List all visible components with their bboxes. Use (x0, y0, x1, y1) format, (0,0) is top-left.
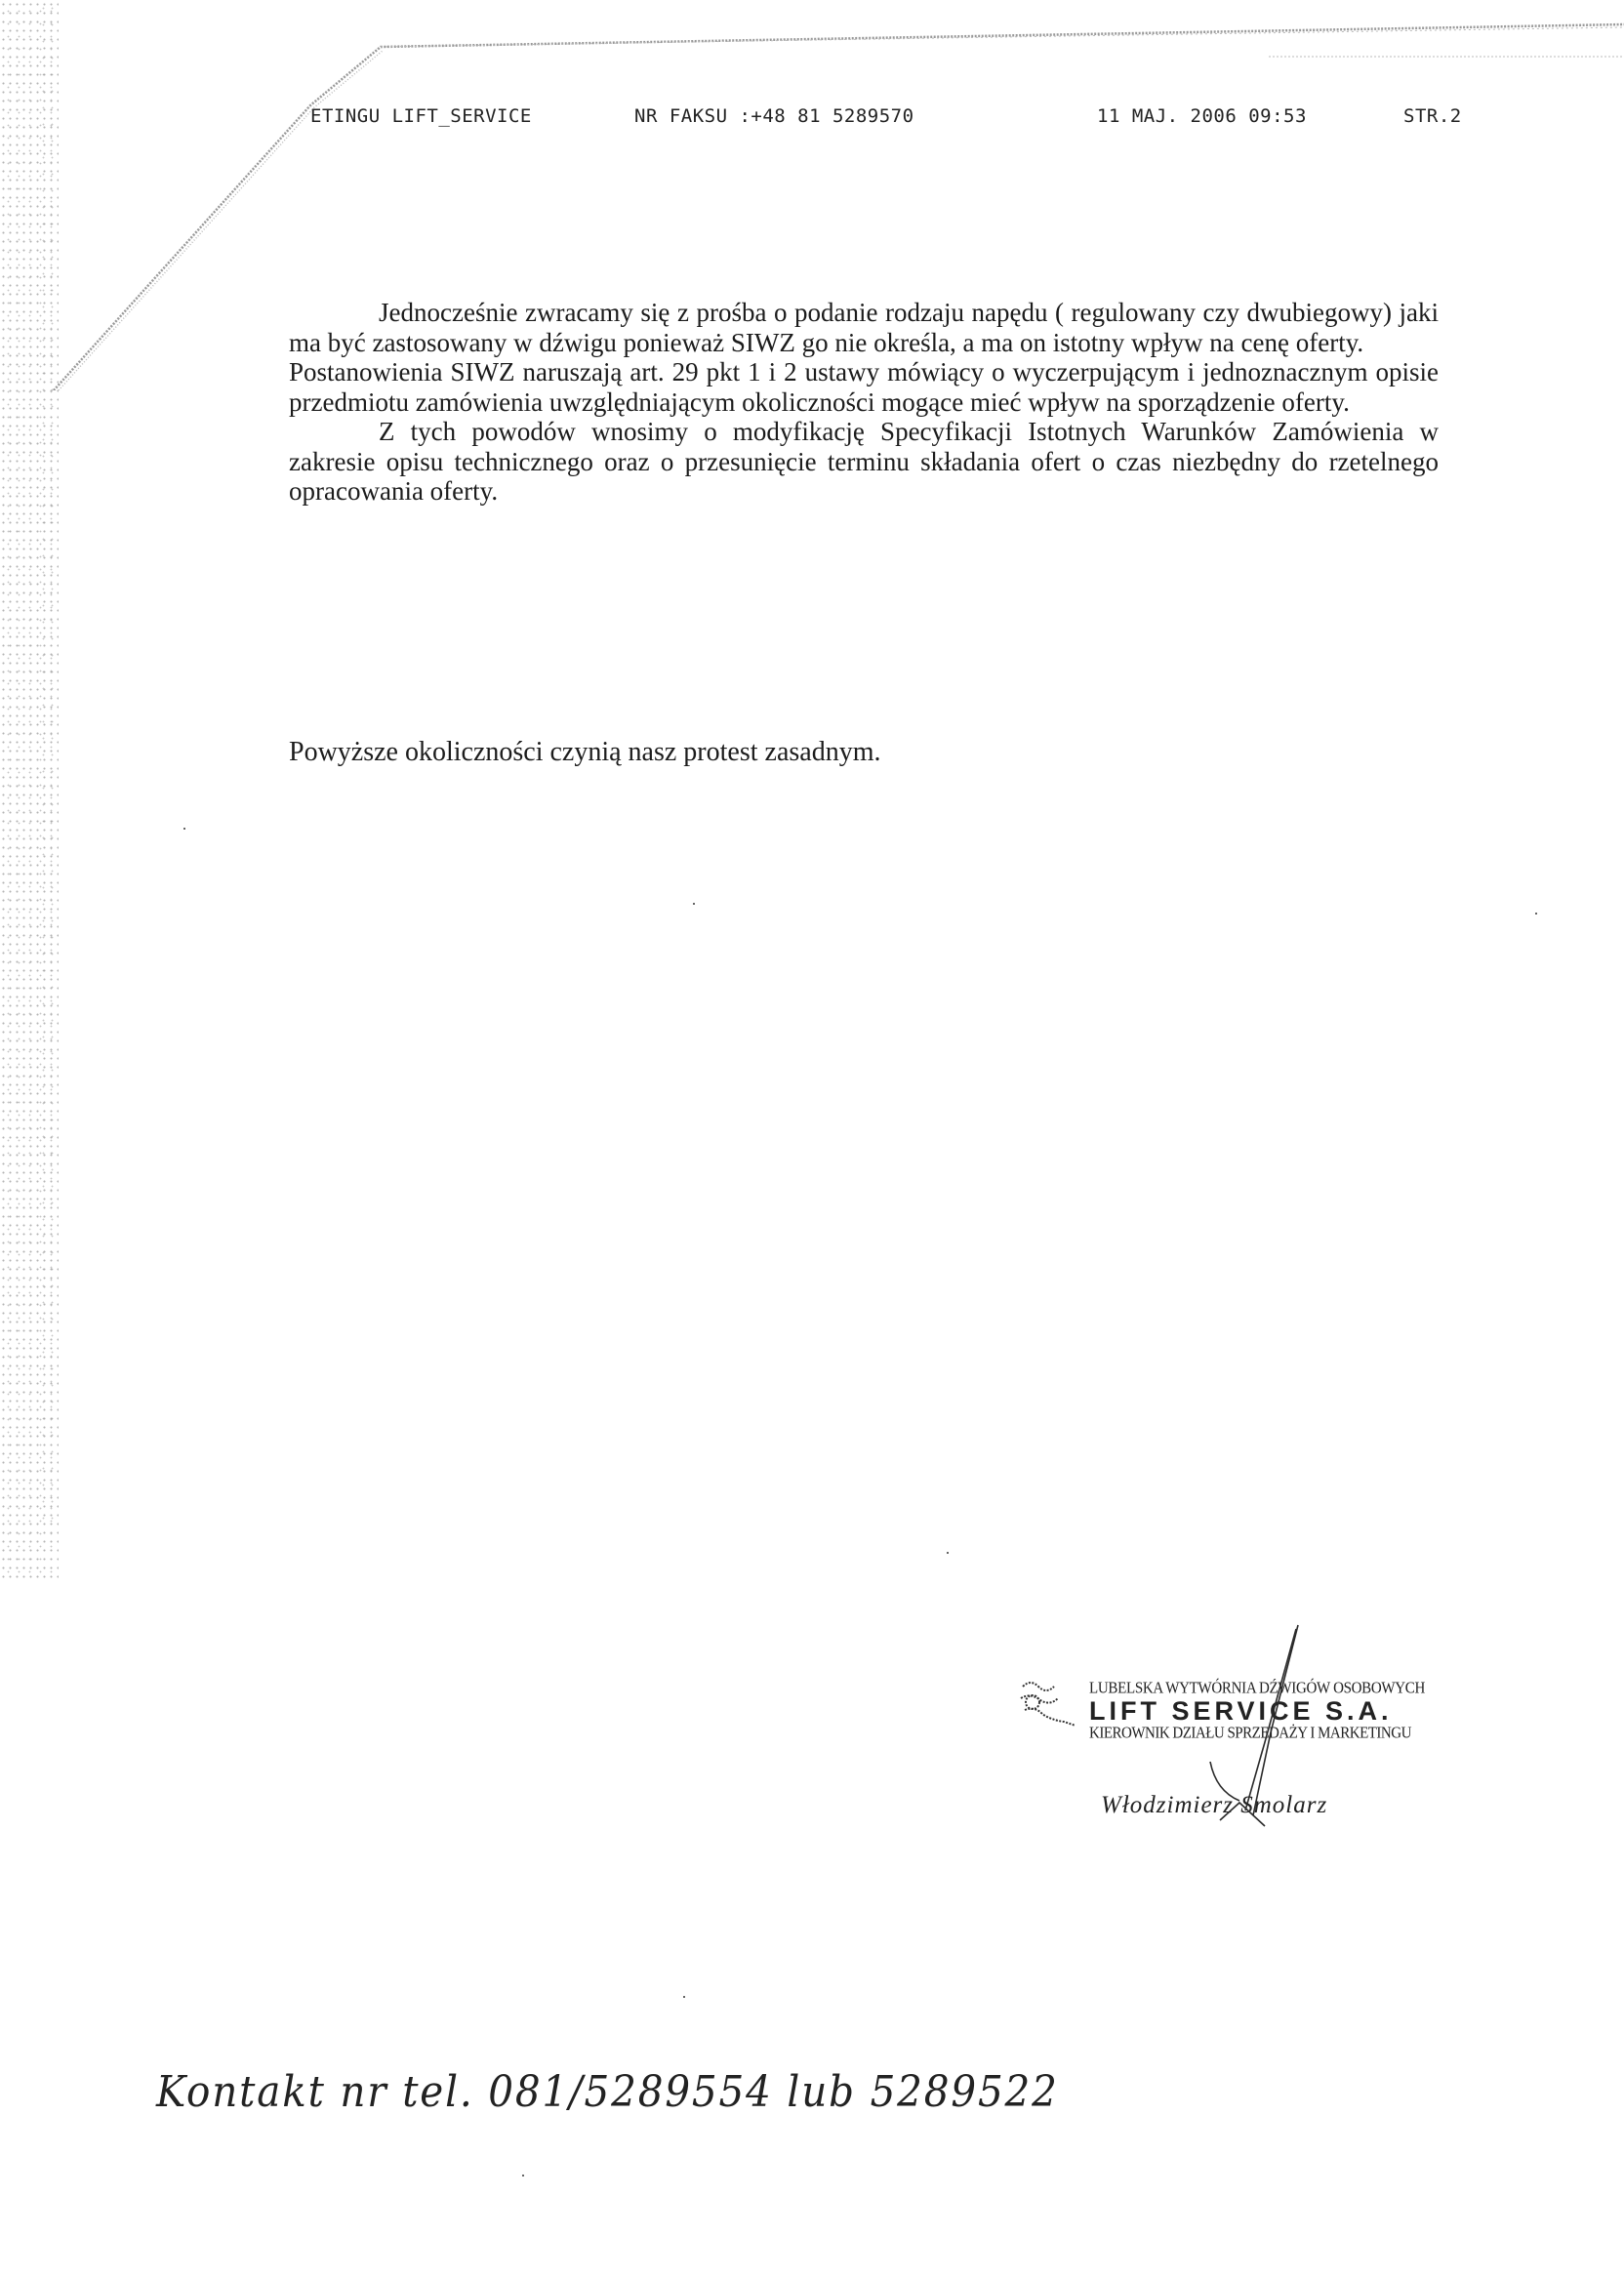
fax-number: NR FAKSU :+48 81 5289570 (634, 105, 914, 127)
handwritten-contact-note: Kontakt nr tel. 081/5289554 lub 5289522 (156, 2067, 1059, 2117)
fax-sender: ETINGU LIFT_SERVICE (310, 105, 532, 127)
paragraph-request-modification: Z tych powodów wnosimy o modyfikację Spe… (289, 417, 1439, 507)
company-logo-icon (1017, 1677, 1077, 1729)
scan-speck (522, 2175, 524, 2176)
fax-page: ETINGU LIFT_SERVICE NR FAKSU :+48 81 528… (0, 0, 1624, 2278)
paragraph-siwz-violation: Postanowienia SIWZ naruszają art. 29 pkt… (289, 357, 1439, 417)
scan-speck (683, 1996, 685, 1998)
closing-statement: Powyższe okoliczności czynią nasz protes… (289, 737, 880, 768)
fax-transmission-header: ETINGU LIFT_SERVICE NR FAKSU :+48 81 528… (310, 105, 1482, 131)
scan-speck (693, 903, 695, 905)
letter-body: Jednocześnie zwracamy się z prośba o pod… (289, 298, 1439, 507)
scan-speck (947, 1552, 949, 1554)
fax-datetime: 11 MAJ. 2006 09:53 (1097, 105, 1307, 127)
scan-speck (1535, 913, 1537, 915)
paragraph-drive-type: Jednocześnie zwracamy się z prośba o pod… (289, 298, 1439, 357)
scan-speck (183, 828, 185, 830)
handwritten-signature (1152, 1615, 1308, 1850)
fax-page-number: STR.2 (1403, 105, 1462, 127)
